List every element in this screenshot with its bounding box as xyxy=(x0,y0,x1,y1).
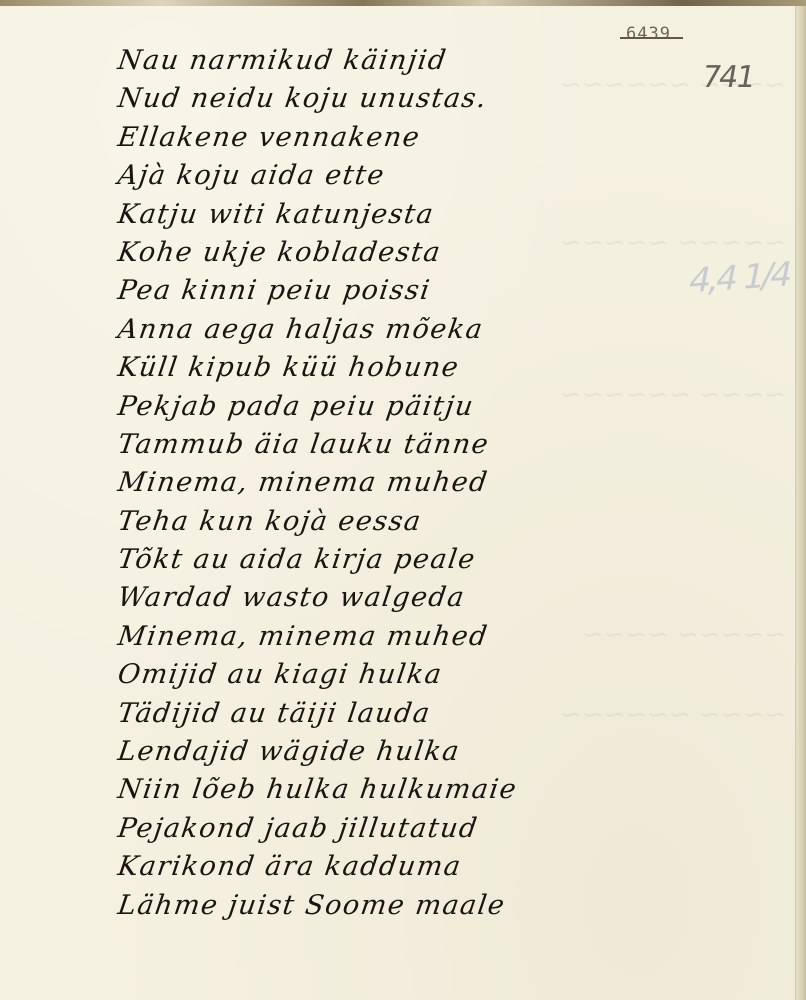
archive-number: 6439 xyxy=(626,24,671,44)
margin-pencil-note: 4,4 1/4 xyxy=(685,255,793,302)
poem-line: Ajà koju aida ette xyxy=(115,157,700,195)
poem-line: Lendajid wägide hulka xyxy=(115,733,700,771)
poem-text: Nau narmikud käinjid Nud neidu koju unus… xyxy=(118,42,698,925)
poem-line: Tammub äia lauku tänne xyxy=(115,426,700,464)
poem-line: Katju witi katunjesta xyxy=(115,196,700,234)
poem-line: Karikond ära kadduma xyxy=(115,848,700,886)
poem-line: Nau narmikud käinjid xyxy=(115,42,700,80)
poem-line: Tõkt au aida kirja peale xyxy=(115,541,700,579)
poem-line: Teha kun kojà eessa xyxy=(115,503,700,541)
archive-number-text: 6439 xyxy=(626,24,671,44)
poem-line: Pea kinni peiu poissi xyxy=(115,272,700,310)
poem-line: Minema, minema muhed xyxy=(115,618,700,656)
folio-number: 741 xyxy=(699,60,756,95)
strikethrough-line xyxy=(620,37,683,39)
poem-line: Kohe ukje kobladesta xyxy=(115,234,700,272)
poem-line: Anna aega haljas mõeka xyxy=(115,311,700,349)
poem-line: Niin lõeb hulka hulkumaie xyxy=(115,771,700,809)
poem-line: Küll kipub küü hobune xyxy=(115,349,700,387)
poem-line: Lähme juist Soome maale xyxy=(115,887,700,925)
poem-line: Nud neidu koju unustas. xyxy=(115,80,700,118)
poem-line: Pekjab pada peiu päitju xyxy=(115,388,700,426)
poem-line: Omijid au kiagi hulka xyxy=(115,656,700,694)
poem-line: Pejakond jaab jillutatud xyxy=(115,810,700,848)
poem-line: Minema, minema muhed xyxy=(115,464,700,502)
page-right-edge xyxy=(795,6,806,1000)
poem-line: Ellakene vennakene xyxy=(115,119,700,157)
poem-line: Wardad wasto walgeda xyxy=(115,579,700,617)
poem-line: Tädijid au täiji lauda xyxy=(115,695,700,733)
